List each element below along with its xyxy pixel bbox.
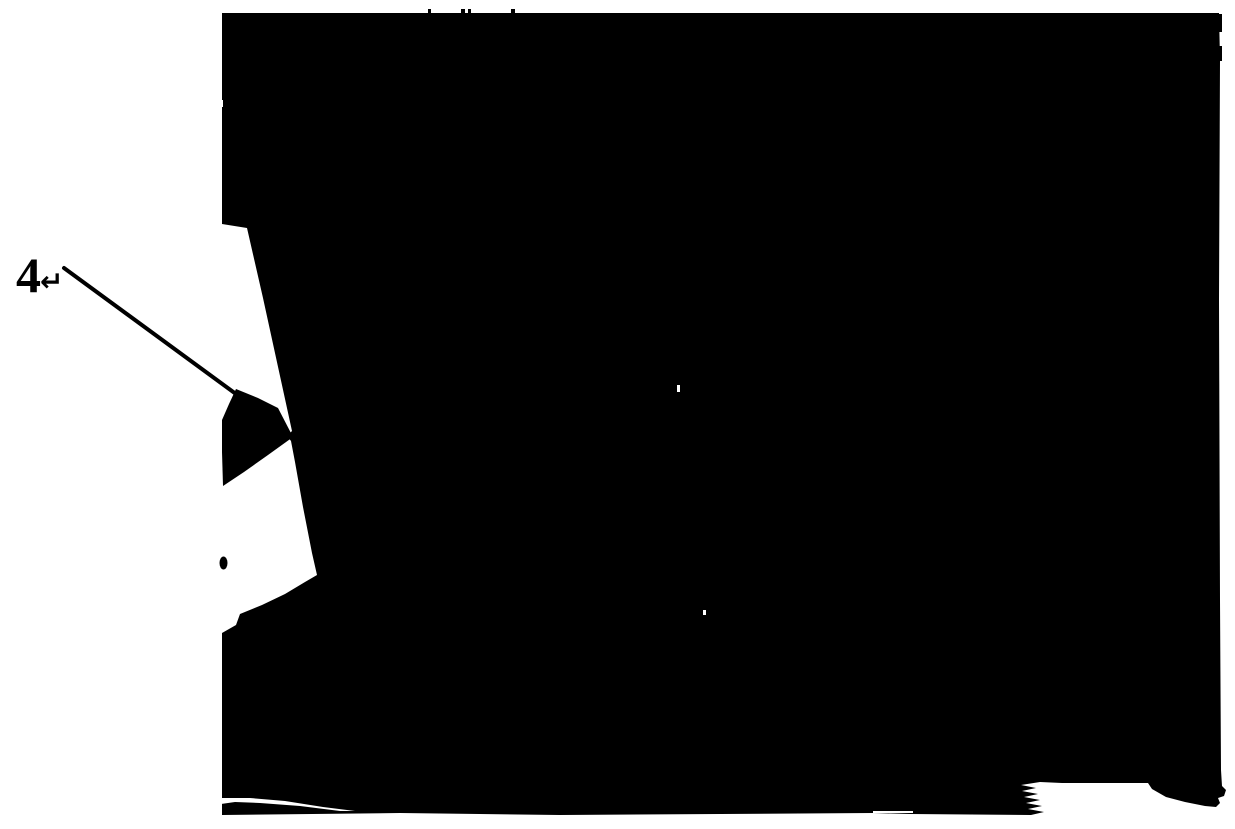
top-edge-nub bbox=[428, 9, 431, 15]
figure-canvas: 4 ↵ bbox=[0, 0, 1235, 829]
dark-dot bbox=[220, 557, 228, 570]
top-edge-nub bbox=[468, 9, 471, 15]
white-speck bbox=[703, 610, 706, 615]
photo-dark-region bbox=[222, 13, 1226, 815]
callout-label: 4 bbox=[16, 247, 41, 303]
top-edge-nub bbox=[511, 9, 515, 15]
right-edge-nub bbox=[1219, 46, 1222, 61]
left-edge-nick bbox=[220, 155, 222, 161]
left-edge-nick bbox=[220, 100, 223, 107]
white-sliver bbox=[873, 811, 913, 813]
patent-figure-page: 4 ↵ bbox=[0, 0, 1235, 829]
white-speck bbox=[677, 385, 680, 392]
right-edge-nub bbox=[1219, 14, 1222, 32]
top-edge-nub bbox=[461, 9, 465, 15]
callout-return-mark: ↵ bbox=[40, 265, 63, 298]
